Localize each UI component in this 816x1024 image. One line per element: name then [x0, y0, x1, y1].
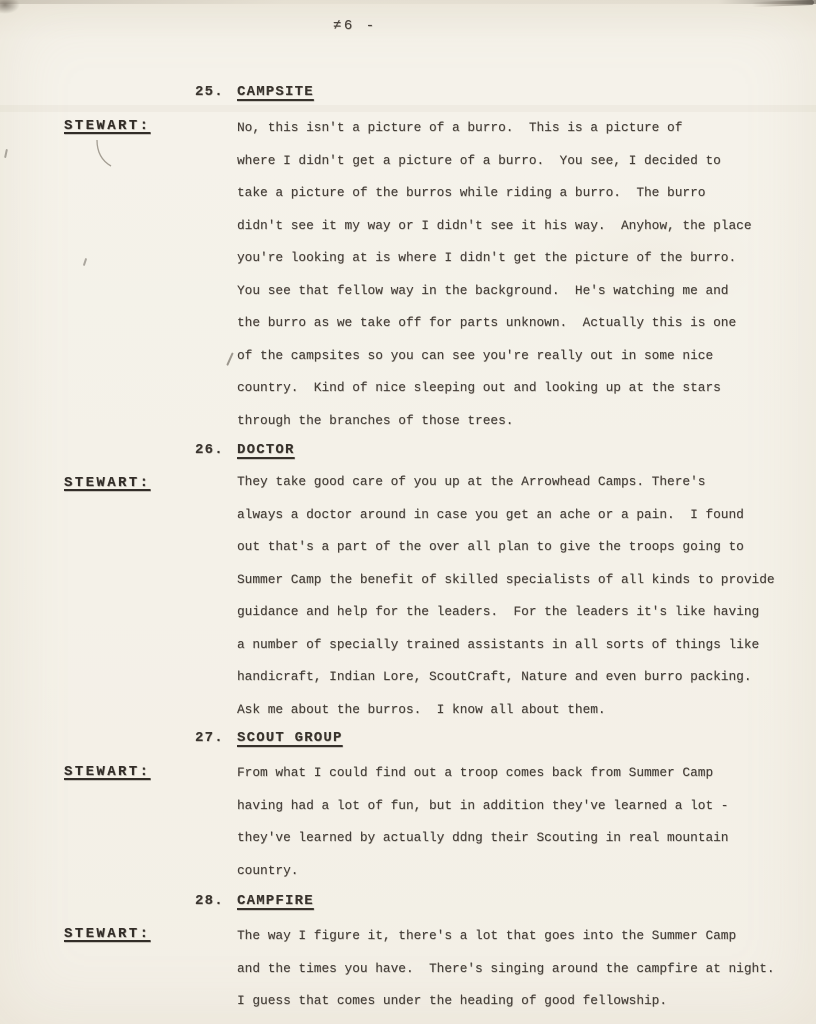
- dialogue-line: where I didn't get a picture of a burro.…: [237, 145, 752, 178]
- scene-number: 26.: [195, 441, 224, 459]
- scene-heading: DOCTOR: [237, 441, 295, 459]
- dialogue-line: of the campsites so you can see you're r…: [237, 340, 752, 373]
- speaker-label: STEWART:: [64, 475, 150, 492]
- scene-number: 27.: [195, 729, 224, 747]
- dialogue-line: The way I figure it, there's a lot that …: [237, 920, 775, 953]
- scene-number: 28.: [195, 892, 224, 910]
- dialogue-line: handicraft, Indian Lore, ScoutCraft, Nat…: [237, 661, 775, 694]
- scene-heading: SCOUT GROUP: [237, 729, 343, 747]
- dialogue-line: a number of specially trained assistants…: [237, 629, 775, 662]
- dialogue-line: No, this isn't a picture of a burro. Thi…: [237, 112, 752, 145]
- dialogue-block: No, this isn't a picture of a burro. Thi…: [237, 112, 752, 437]
- scan-speck: [4, 149, 8, 158]
- dialogue-block: They take good care of you up at the Arr…: [237, 466, 775, 726]
- dialogue-line: out that's a part of the over all plan t…: [237, 531, 775, 564]
- scan-top-edge: [0, 0, 816, 4]
- dialogue-block: From what I could find out a troop comes…: [237, 757, 728, 887]
- scan-speck: [226, 352, 233, 365]
- dialogue-line: Summer Camp the benefit of skilled speci…: [237, 564, 775, 597]
- dialogue-block: The way I figure it, there's a lot that …: [237, 920, 775, 1018]
- dialogue-line: take a picture of the burros while ridin…: [237, 177, 752, 210]
- dialogue-line: Ask me about the burros. I know all abou…: [237, 694, 775, 727]
- page-number: ≠6 -: [333, 18, 377, 34]
- dialogue-line: They take good care of you up at the Arr…: [237, 466, 775, 499]
- scene-heading: CAMPFIRE: [237, 892, 314, 910]
- speaker-label: STEWART:: [64, 926, 150, 943]
- paper-crease: [0, 105, 816, 112]
- speaker-label: STEWART:: [64, 764, 150, 781]
- script-page: ≠6 - 25.CAMPSITESTEWART:No, this isn't a…: [0, 0, 816, 1024]
- dialogue-line: they've learned by actually ddng their S…: [237, 822, 728, 855]
- pen-mark: [93, 138, 117, 172]
- scene-heading: CAMPSITE: [237, 83, 314, 101]
- dialogue-line: and the times you have. There's singing …: [237, 953, 775, 986]
- scan-corner-smudge: [0, 0, 20, 14]
- dialogue-line: having had a lot of fun, but in addition…: [237, 790, 728, 823]
- dialogue-line: the burro as we take off for parts unkno…: [237, 307, 752, 340]
- speaker-label: STEWART:: [64, 118, 150, 135]
- dialogue-line: always a doctor around in case you get a…: [237, 499, 775, 532]
- dialogue-line: country.: [237, 855, 728, 888]
- dialogue-line: guidance and help for the leaders. For t…: [237, 596, 775, 629]
- scan-speck: [83, 258, 87, 266]
- dialogue-line: through the branches of those trees.: [237, 405, 752, 438]
- dialogue-line: You see that fellow way in the backgroun…: [237, 275, 752, 308]
- scan-top-right-streak: [752, 0, 814, 7]
- dialogue-line: From what I could find out a troop comes…: [237, 757, 728, 790]
- dialogue-line: I guess that comes under the heading of …: [237, 985, 775, 1018]
- scene-number: 25.: [195, 83, 224, 101]
- dialogue-line: country. Kind of nice sleeping out and l…: [237, 372, 752, 405]
- dialogue-line: didn't see it my way or I didn't see it …: [237, 210, 752, 243]
- dialogue-line: you're looking at is where I didn't get …: [237, 242, 752, 275]
